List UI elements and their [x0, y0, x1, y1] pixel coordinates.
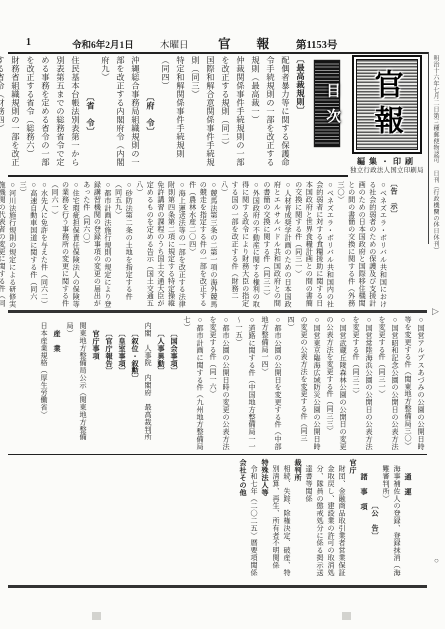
- toc-item: ○人材育成奨学計画のための日本国政府とエルサルバドル共和国政府との間の書簡の交換…: [261, 180, 293, 308]
- toc-item: 国際和解合意関係事件手続規則（同三）: [188, 55, 218, 173]
- toc-subheader: 〔官庁報告〕: [102, 315, 115, 451]
- toc-item: 配偶者暴力等に関する保護命令手続規則の一部を改正する規則（最高裁一）: [248, 55, 293, 173]
- toc-subheader: 官庁: [347, 458, 358, 582]
- toc-item: ○都市公園の公開日時の変更の公表方法を変更する件（同一六）: [206, 315, 232, 451]
- page-header: 1 令和6年2月1日 木曜日 官報 第1153号: [0, 36, 445, 52]
- toc-section-header: 〔告 示〕: [388, 180, 399, 308]
- publisher-name: 独立行政法人国立印刷局: [347, 167, 427, 175]
- toc-item: 沖縄総合事務局組織規則の一部を改正する内閣府令（内閣府九）: [98, 55, 143, 173]
- toc-item: ○国営常陸海浜公園の公開日の公表方法を変更する件（同三二）: [349, 315, 375, 451]
- toc-section-header: 〔最高裁規則〕: [293, 55, 308, 173]
- toc-band-public-notices: 通 運海事補佐人の登録、登録抹消（海難審判所）〔公 告〕諸 事 項官庁財団、金融…: [8, 458, 427, 582]
- toc-item: ○ベネズエラ・ボリバル共和国における社会的弱者のための保護及び支援計画のための日…: [335, 180, 388, 308]
- band-divider-3: [8, 454, 427, 455]
- toc-item: 財団、金融商品取引業者営業保証金取戻し、建設業の許可の取消処分、隊員の懲戒処分に…: [303, 458, 347, 582]
- toc-item: 関東地方整備局公示（関東地方整備局）: [63, 315, 89, 451]
- toc-item: 日本産業規格（厚生労働省）: [37, 315, 50, 451]
- toc-item: ○水先人に免許を与えた件（同六二）: [39, 180, 50, 308]
- toc-item: ○道路に関する件（中国地方整備局一一～一五）: [232, 315, 258, 451]
- toc-item: ○ベネズエラ・ボリバル共和国内の社会的弱者に対する食糧援助に関する日本国政府と世…: [293, 180, 335, 308]
- toc-item: 相続、失踪、除権決定、破産、特別清算、再生、所有者不明関係: [270, 458, 292, 582]
- toc-band-park-notices-and-sections: ○国営アルプスあづみの公園の公開日時等を変更する件（関東地方整備局三〇）○国営昭…: [8, 315, 427, 451]
- toc-item: ○高速自動車国道に関する件（同六三）: [18, 180, 39, 308]
- toc-subheader: 会社その他: [237, 458, 248, 582]
- toc-item: ○国営アルプスあづみの公園の公開日時等を変更する件（関東地方整備局三〇）: [401, 315, 427, 451]
- toc-section-header: 〔省 令〕: [83, 55, 98, 173]
- circle-mark: ○: [434, 556, 439, 565]
- toc-subheader: 官庁事項: [89, 315, 102, 451]
- toc-item: 住民基本台帳法別表第一から別表第五までの総務省令で定める事務を定める省令の一部を…: [23, 55, 83, 173]
- toc-subheader: 諸 事 項: [358, 458, 369, 582]
- toc-item: ○都市計画に関する件（九州地方整備局七）: [180, 315, 206, 451]
- circle-mark: ○: [434, 206, 439, 215]
- toc-subheader: 産 業: [50, 315, 63, 451]
- toc-subheader: 〔皇室事項〕: [115, 315, 128, 451]
- issue-date: 令和6年2月1日: [72, 37, 134, 51]
- weekday-label: 木曜日: [160, 37, 189, 51]
- toc-item: ○住宅瑕疵担保責任保険法人の保険等の業務を行う事務所の変更に関する件（同六一）: [49, 180, 81, 308]
- toc-item: ○都市公園の公開日を変更する件（中部地方整備局一四）: [258, 315, 284, 451]
- toc-item: ○都市計画法施行規則の規定により登録講習機関の登録事項の変更の届出があった件（同…: [81, 180, 113, 308]
- toc-subheader: 特殊法人等: [259, 458, 270, 582]
- bottom-registration-mark: [92, 612, 101, 620]
- toc-band-notifications: 〔告 示〕○ベネズエラ・ボリバル共和国における社会的弱者のための保護及び支援計画…: [8, 180, 427, 308]
- toc-subheader: 通 運: [402, 458, 413, 582]
- kanpo-gazette-page: { "header": { "page_number": "1", "era_d…: [0, 0, 445, 629]
- toc-item: ○競馬法第三条の二第一項の海外競馬の競走を指定する件の一部を改正する件（農林水産…: [187, 180, 219, 308]
- toc-section-header: 〔公 告〕: [369, 458, 380, 582]
- masthead-vertical-rule: [428, 52, 429, 244]
- toc-band-rules-and-orders: 目次 〔最高裁規則〕配偶者暴力等に関する保護命令手続規則の一部を改正する規則（最…: [8, 55, 348, 173]
- toc-title-box: 目次: [315, 61, 339, 146]
- toc-item: ○河川法施行規則の規定による研修実施機関の代表者の変更に関する件（同六四）: [0, 180, 18, 308]
- toc-section-header: 〔府 令〕: [143, 55, 158, 173]
- toc-item: 財務省組織規則の一部を改正する省令（財務四）: [0, 55, 23, 173]
- kanpo-logo-box: 官報: [352, 55, 422, 154]
- kanpo-logo-text: 官報: [367, 69, 408, 141]
- toc-item: 仲裁関係事件手続規則の一部を改正する規則（同二）: [218, 55, 248, 173]
- gazette-title: 官報: [218, 34, 295, 52]
- toc-subheader: 〔叙位・叙勲〕: [128, 315, 141, 451]
- toc-item: ○国営武蔵丘陵森林公園の公開日の変更の公表方法を変更する件（同三三）: [323, 315, 349, 451]
- toc-item: 特定和解関係事件手続規則（同四）: [158, 55, 188, 173]
- toc-item: ○外国政府の不動産に関する権利の取得に関する政令により財務大臣の指定する国の一部…: [219, 180, 261, 308]
- band-divider-2: [8, 310, 427, 313]
- kanpo-logo-stripes: 官報: [356, 59, 418, 150]
- publisher-block: 編集・印刷 独立行政法人国立印刷局: [347, 157, 427, 175]
- publisher-label: 編集・印刷: [347, 157, 427, 167]
- toc-subheader: 〔国会事項〕: [167, 315, 180, 451]
- triangle-mark: ▷: [432, 306, 439, 317]
- toc-subheader: 裁判所: [292, 458, 303, 582]
- toc-item: 内閣 人事院 内閣府 最高裁判所: [141, 315, 154, 451]
- toc-item: ○国営昭和記念公園の公開日の公表方法を変更する件（同三一）: [375, 315, 401, 451]
- bottom-registration-mark: [342, 612, 351, 620]
- toc-item: 海事補佐人の登録、登録抹消（海難審判所）: [380, 458, 402, 582]
- header-divider: [8, 52, 429, 54]
- issue-number: 第1153号: [296, 37, 337, 52]
- toc-item: 令和七年（二〇二五）暦要項関係: [248, 458, 259, 582]
- toc-item: ○国営東京臨海広域防災公園の公開日時の変更の公表方法を変更する件（同三四）: [284, 315, 323, 451]
- postal-registration-note: 明治十六年七月二日第三種郵便物認可 日刊（行政機関の休日休刊）: [431, 55, 440, 255]
- toc-item: ○砂防法第二条の土地を指定する件（同五九）: [113, 180, 134, 308]
- band-divider-1: [8, 175, 348, 177]
- page-number: 1: [26, 37, 31, 48]
- toc-item: ○海上運送法等の一部を改正する法律附則第四条第二項に規定する特定操縦免許講習の課…: [134, 180, 187, 308]
- band-divider-4: [8, 585, 427, 588]
- toc-subheader: 〔人事異動〕: [154, 315, 167, 451]
